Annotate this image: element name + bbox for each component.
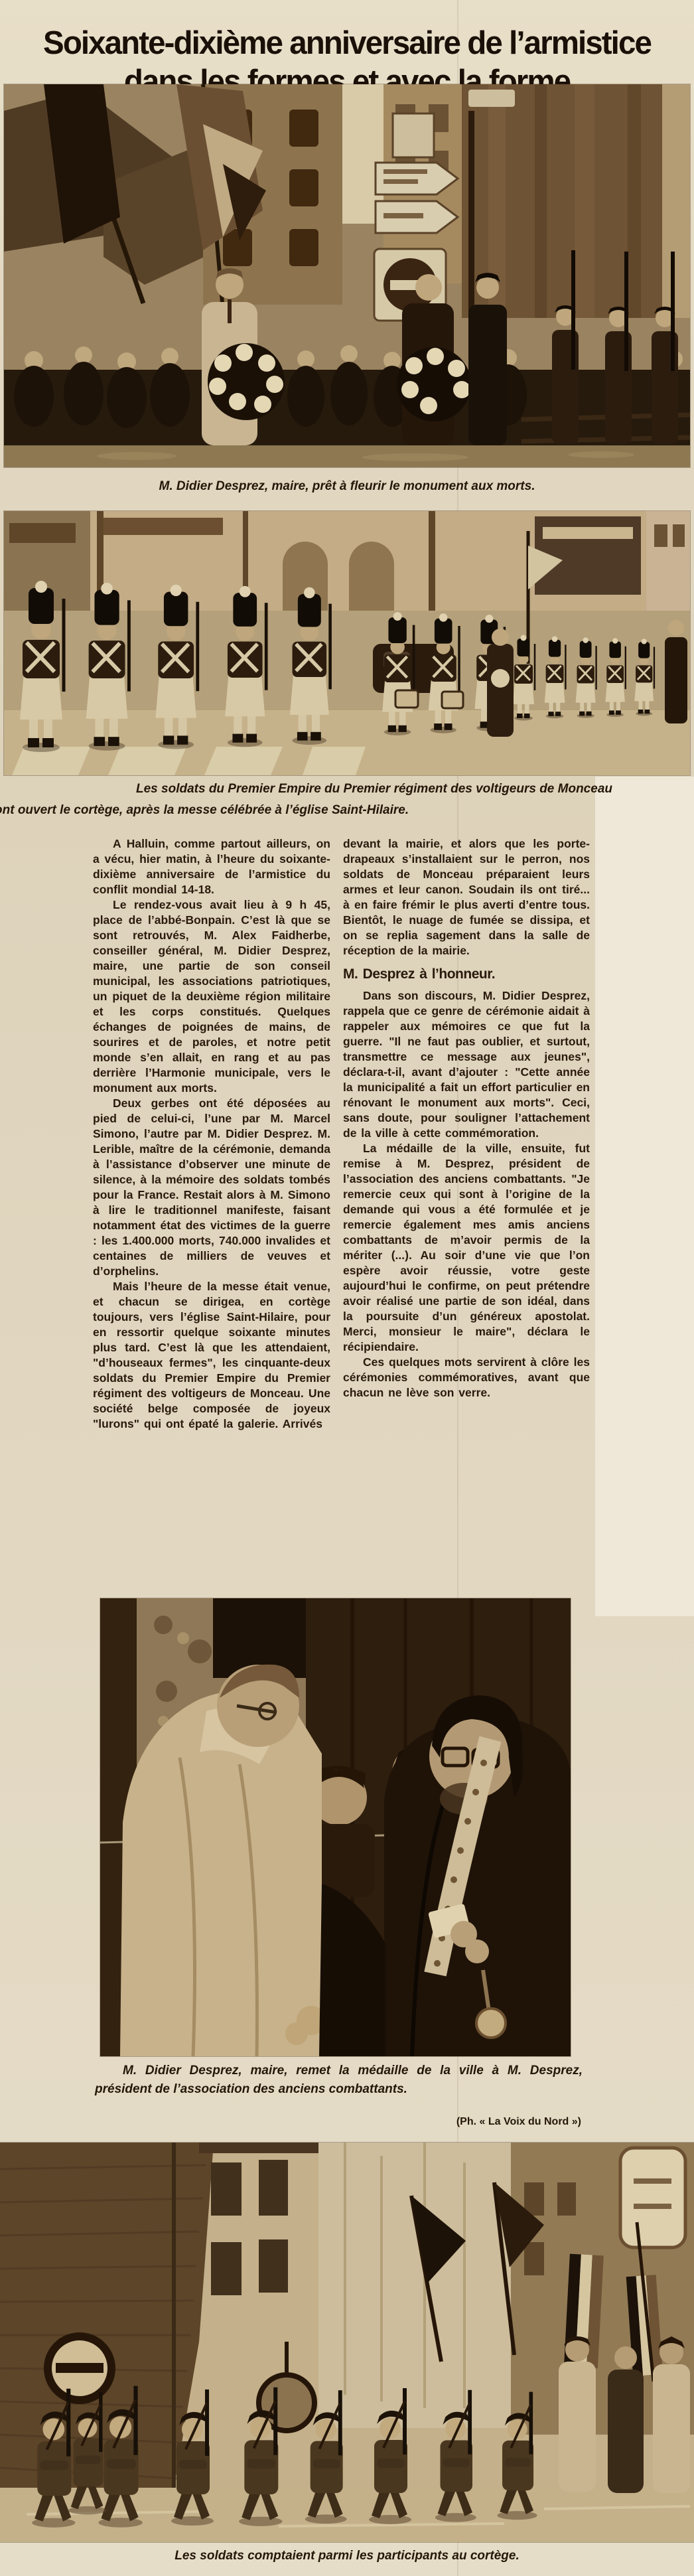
paragraph: Le rendez-vous avait lieu à 9 h 45, plac… (93, 897, 330, 1096)
photo3-caption: M. Didier Desprez, maire, remet la médai… (95, 2062, 583, 2099)
article-subhead: M. Desprez à l’honneur. (343, 966, 590, 982)
article-column-left: A Halluin, comme partout ailleurs, on a … (93, 836, 330, 1606)
photo2-caption-line2: ont ouvert le cortège, après la messe cé… (0, 803, 409, 818)
paragraph: Deux gerbes ont été déposées au pied de … (93, 1096, 330, 1279)
paragraph: A Halluin, comme partout ailleurs, on a … (93, 836, 330, 897)
paragraph: Dans son discours, M. Didier Desprez, ra… (343, 988, 590, 1141)
paragraph: La médaille de la ville, ensuite, fut re… (343, 1141, 590, 1355)
photo-wreath-ceremony (4, 84, 690, 467)
paragraph: Mais l’heure de la messe était venue, et… (93, 1279, 330, 1432)
photo2-caption-line1: Les soldats du Premier Empire du Premier… (136, 782, 612, 796)
paragraph: devant la mairie, et alors que les porte… (343, 836, 590, 958)
photo-medal-presentation (100, 1598, 571, 2056)
page-right-margin (595, 777, 694, 1616)
photo-soldiers-marching (0, 2143, 694, 2542)
article-title-line1: Soixante-dixième anniversaire de l’armis… (11, 25, 684, 62)
article-column-right: devant la mairie, et alors que les porte… (343, 836, 590, 1606)
photo-voltigeurs-parade (4, 511, 690, 775)
photo4-caption: Les soldats comptaient parmi les partici… (0, 2549, 694, 2563)
newspaper-page: Soixante-dixième anniversaire de l’armis… (0, 0, 694, 2576)
paragraph: Ces quelques mots servirent à clôre les … (343, 1355, 590, 1401)
photo1-caption: M. Didier Desprez, maire, prêt à fleurir… (0, 479, 694, 494)
photo-credit: (Ph. « La Voix du Nord ») (385, 2116, 581, 2128)
